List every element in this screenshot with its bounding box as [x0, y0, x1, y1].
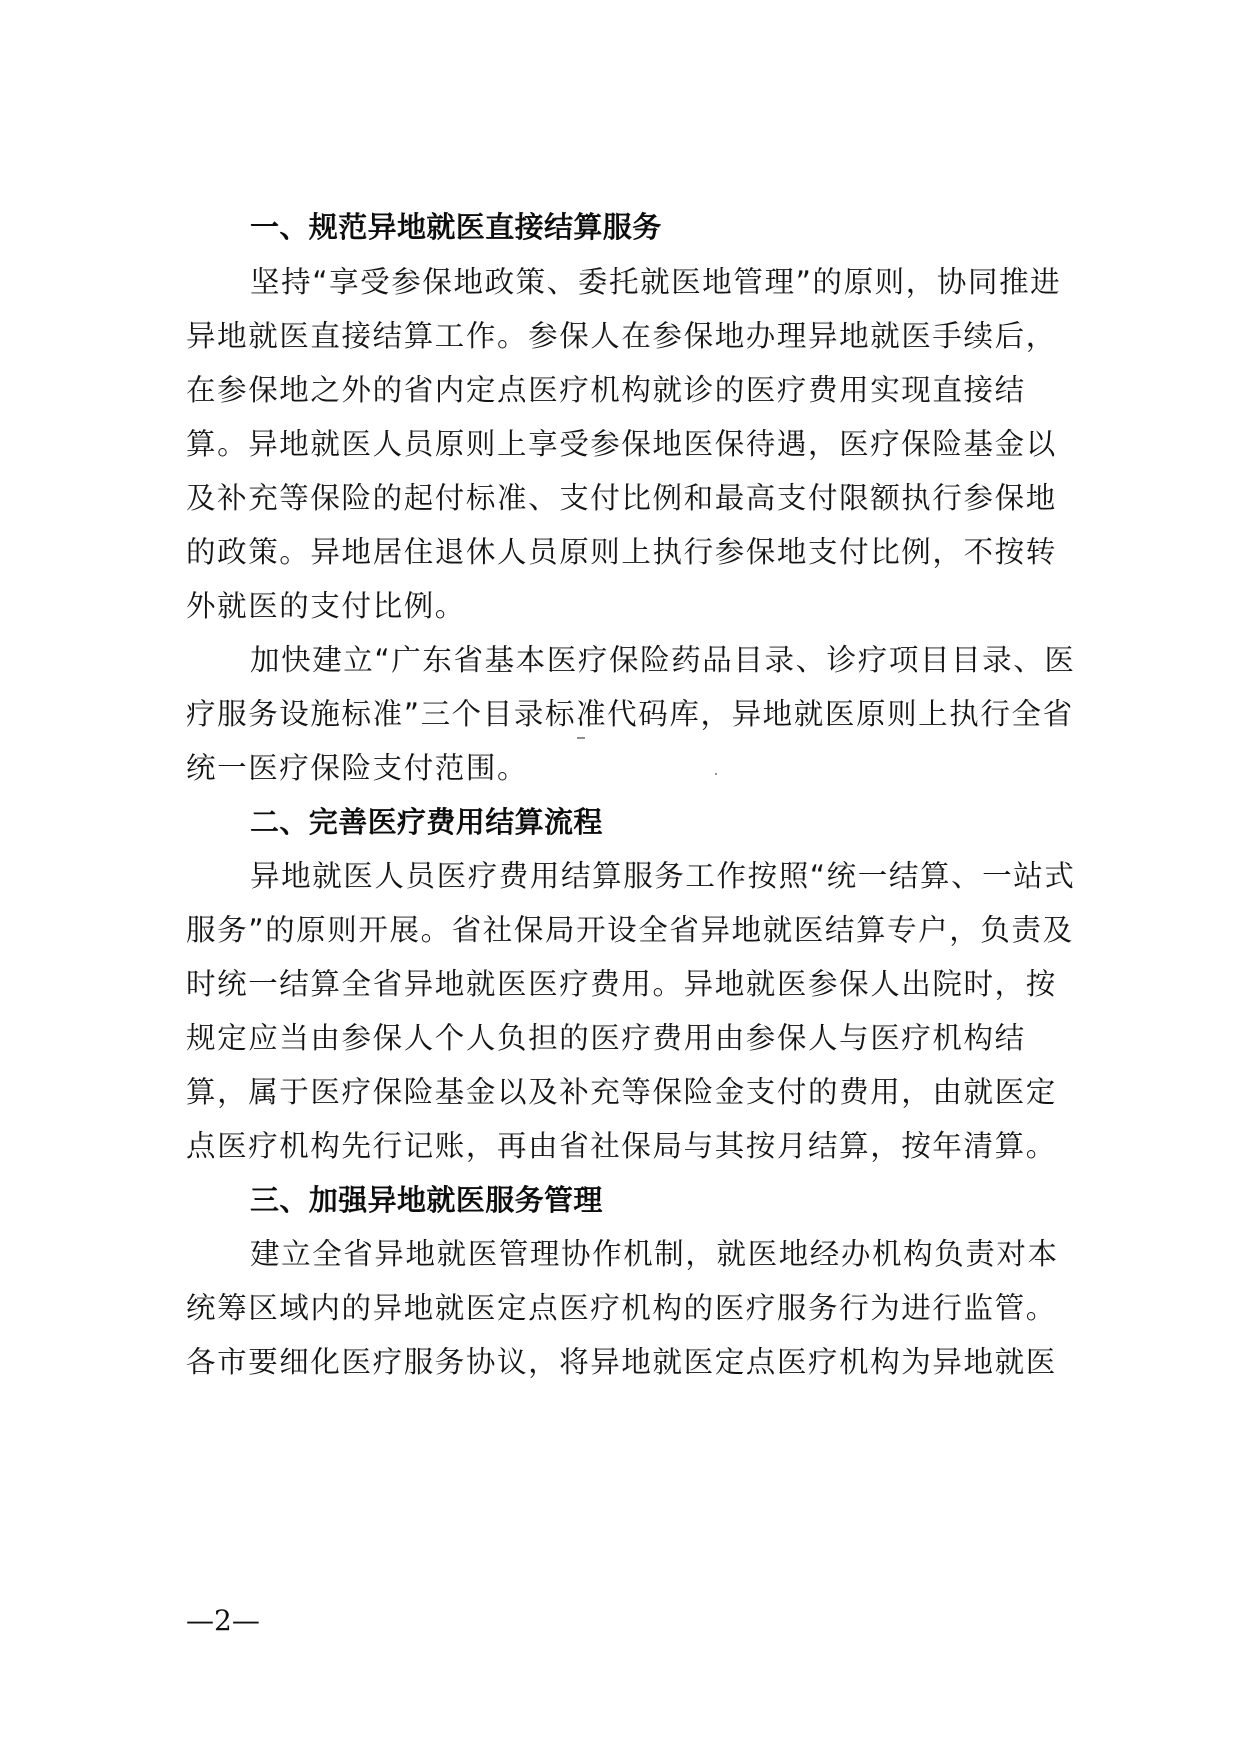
scan-speck	[715, 773, 717, 775]
paragraph-line: 点医疗机构先行记账，再由省社保局与其按月结算，按年清算。	[186, 1124, 1086, 1168]
paragraph-line: 统筹区域内的异地就医定点医疗机构的医疗服务行为进行监管。	[186, 1286, 1086, 1330]
paragraph-line: 坚持“享受参保地政策、委托就医地管理”的原则，协同推进	[250, 260, 1150, 304]
paragraph-line: 异地就医人员医疗费用结算服务工作按照“统一结算、一站式	[250, 854, 1150, 898]
paragraph-line: 统一医疗保险支付范围。	[186, 746, 1086, 790]
paragraph-line: 及补充等保险的起付标准、支付比例和最高支付限额执行参保地	[186, 476, 1086, 520]
paragraph-line: 加快建立“广东省基本医疗保险药品目录、诊疗项目目录、医	[250, 638, 1150, 682]
paragraph-line: 的政策。异地居住退休人员原则上执行参保地支付比例，不按转	[186, 530, 1086, 574]
paragraph-line: 规定应当由参保人个人负担的医疗费用由参保人与医疗机构结	[186, 1016, 1086, 1060]
paragraph-line: 算。异地就医人员原则上享受参保地医保待遇，医疗保险基金以	[186, 422, 1086, 466]
paragraph-line: 建立全省异地就医管理协作机制，就医地经办机构负责对本	[250, 1232, 1150, 1276]
paragraph-line: 疗服务设施标准”三个目录标准代码库，异地就医原则上执行全省	[186, 692, 1086, 736]
page-number: —2—	[186, 1603, 260, 1639]
paragraph-line: 时统一结算全省异地就医医疗费用。异地就医参保人出院时，按	[186, 962, 1086, 1006]
paragraph-line: 算，属于医疗保险基金以及补充等保险金支付的费用，由就医定	[186, 1070, 1086, 1114]
paragraph-line: 各市要细化医疗服务协议，将异地就医定点医疗机构为异地就医	[186, 1340, 1086, 1384]
document-page: 一、规范异地就医直接结算服务 坚持“享受参保地政策、委托就医地管理”的原则，协同…	[0, 0, 1240, 1754]
scan-speck	[577, 737, 585, 739]
paragraph-line: 服务”的原则开展。省社保局开设全省异地就医结算专户，负责及	[186, 908, 1086, 952]
paragraph-line: 异地就医直接结算工作。参保人在参保地办理异地就医手续后，	[186, 314, 1086, 358]
section-heading-2: 二、完善医疗费用结算流程	[250, 800, 1150, 844]
paragraph-line: 外就医的支付比例。	[186, 584, 1086, 628]
section-heading-1: 一、规范异地就医直接结算服务	[250, 205, 1150, 249]
section-heading-3: 三、加强异地就医服务管理	[250, 1178, 1150, 1222]
paragraph-line: 在参保地之外的省内定点医疗机构就诊的医疗费用实现直接结	[186, 368, 1086, 412]
